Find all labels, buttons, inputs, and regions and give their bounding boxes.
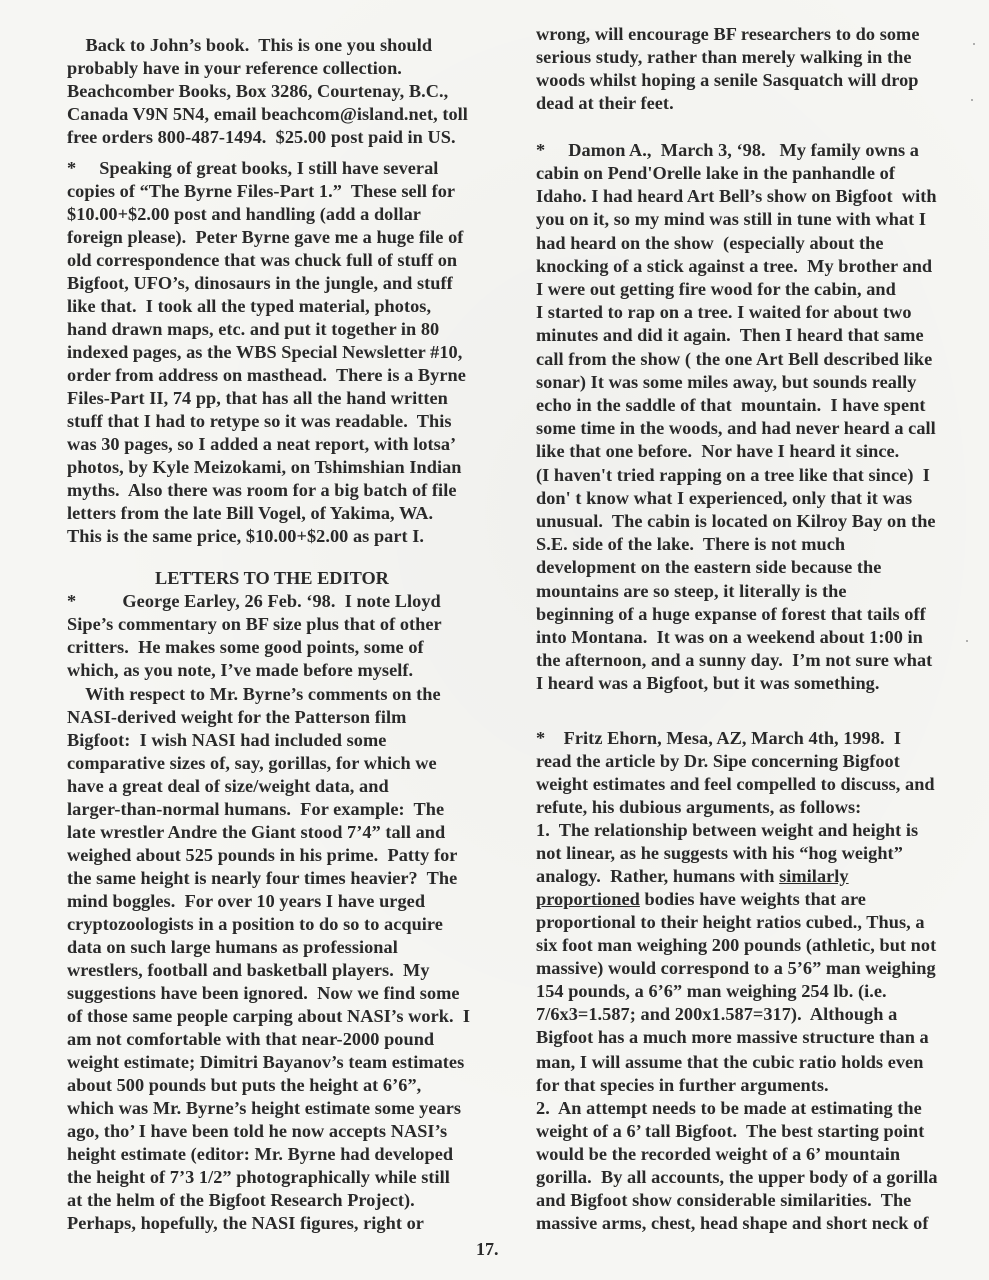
body-line: late wrestler Andre the Giant stood 7’4”… <box>67 821 445 843</box>
body-line: some time in the woods, and had never he… <box>536 417 936 439</box>
body-line: Files-Part II, 74 pp, that has all the h… <box>67 387 448 409</box>
body-line: myths. Also there was room for a big bat… <box>67 479 456 501</box>
body-line: 2. An attempt needs to be made at estima… <box>536 1097 922 1119</box>
body-line: was 30 pages, so I added a neat report, … <box>67 433 456 455</box>
body-line: suggestions have been ignored. Now we fi… <box>67 982 460 1004</box>
body-line: probably have in your reference collecti… <box>67 57 402 79</box>
body-line: and Bigfoot show considerable similariti… <box>536 1189 911 1211</box>
body-line: Sipe’s commentary on BF size plus that o… <box>67 613 442 635</box>
body-line: 7/6x3=1.587; and 200x1.587=317). Althoug… <box>536 1003 897 1025</box>
body-line: have a great deal of size/weight data, a… <box>67 775 389 797</box>
body-line: six foot man weighing 200 pounds (athlet… <box>536 934 936 956</box>
body-line: old correspondence that was chuck full o… <box>67 249 457 271</box>
body-line: larger-than-normal humans. For example: … <box>67 798 444 820</box>
body-line: not linear, as he suggests with his “hog… <box>536 842 903 864</box>
body-line: I were out getting fire wood for the cab… <box>536 278 896 300</box>
body-line: order from address on masthead. There is… <box>67 364 466 386</box>
body-line: foreign please). Peter Byrne gave me a h… <box>67 226 463 248</box>
body-line: knocking of a stick against a tree. My b… <box>536 255 932 277</box>
body-text: analogy. Rather, humans with <box>536 866 779 886</box>
body-line: height estimate (editor: Mr. Byrne had d… <box>67 1143 453 1165</box>
body-line: comparative sizes of, say, gorillas, for… <box>67 752 437 774</box>
body-text: bodies have weights that are <box>640 889 866 909</box>
body-line: refute, his dubious arguments, as follow… <box>536 796 861 818</box>
body-line: dead at their feet. <box>536 92 674 114</box>
body-line: man, I will assume that the cubic ratio … <box>536 1051 923 1073</box>
body-line: photos, by Kyle Meizokami, on Tshimshian… <box>67 456 462 478</box>
body-line: the same height is nearly four times hea… <box>67 867 457 889</box>
body-line: 154 pounds, a 6’6” man weighing 254 lb. … <box>536 980 887 1002</box>
body-line: * Damon A., March 3, ‘98. My family owns… <box>536 139 919 161</box>
body-line: * Speaking of great books, I still have … <box>67 157 438 179</box>
body-line: massive) would correspond to a 5’6” man … <box>536 957 936 979</box>
body-line: minutes and did it again. Then I heard t… <box>536 324 924 346</box>
body-line: mind boggles. For over 10 years I have u… <box>67 890 425 912</box>
body-line: S.E. side of the lake. There is not much <box>536 533 845 555</box>
body-line: development on the eastern side because … <box>536 556 881 578</box>
body-line: of those same people carping about NASI’… <box>67 1005 470 1027</box>
body-line: I started to rap on a tree. I waited for… <box>536 301 912 323</box>
body-line: weighed about 525 pounds in his prime. P… <box>67 844 457 866</box>
scan-speck <box>973 43 975 45</box>
body-line: NASI-derived weight for the Patterson fi… <box>67 706 406 728</box>
body-line: ago, tho’ I have been told he now accept… <box>67 1120 447 1142</box>
body-line: Beachcomber Books, Box 3286, Courtenay, … <box>67 80 448 102</box>
body-line: indexed pages, as the WBS Special Newsle… <box>67 341 462 363</box>
body-line: cabin on Pend'Orelle lake in the panhand… <box>536 162 895 184</box>
body-line: sonar) It was some miles away, but sound… <box>536 371 916 393</box>
body-line: 1. The relationship between weight and h… <box>536 819 918 841</box>
body-line: at the helm of the Bigfoot Research Proj… <box>67 1189 415 1211</box>
body-line: read the article by Dr. Sipe concerning … <box>536 750 900 772</box>
body-line: call from the show ( the one Art Bell de… <box>536 348 932 370</box>
body-line: $10.00+$2.00 post and handling (add a do… <box>67 203 421 225</box>
body-line: woods whilst hoping a senile Sasquatch w… <box>536 69 919 91</box>
body-line: * George Earley, 26 Feb. ‘98. I note Llo… <box>67 590 441 612</box>
body-line: about 500 pounds but puts the height at … <box>67 1074 421 1096</box>
underlined-text: similarly <box>779 866 849 886</box>
body-line: weight of a 6’ tall Bigfoot. The best st… <box>536 1120 924 1142</box>
body-line: unusual. The cabin is located on Kilroy … <box>536 510 936 532</box>
body-line: data on such large humans as professiona… <box>67 936 398 958</box>
body-line: mountains are so steep, it literally is … <box>536 580 847 602</box>
body-line: analogy. Rather, humans with similarly <box>536 865 849 887</box>
body-line: I heard was a Bigfoot, but it was someth… <box>536 672 879 694</box>
body-line: weight estimates and feel compelled to d… <box>536 773 935 795</box>
body-line: Bigfoot has a much more massive structur… <box>536 1026 929 1048</box>
body-line: gorilla. By all accounts, the upper body… <box>536 1166 938 1188</box>
body-line: would be the recorded weight of a 6’ mou… <box>536 1143 900 1165</box>
scan-speck <box>966 640 968 642</box>
body-line: Canada V9N 5N4, email beachcom@island.ne… <box>67 103 468 125</box>
body-line: * Fritz Ehorn, Mesa, AZ, March 4th, 1998… <box>536 727 901 749</box>
body-line: Perhaps, hopefully, the NASI figures, ri… <box>67 1212 424 1234</box>
body-line: which was Mr. Byrne’s height estimate so… <box>67 1097 461 1119</box>
body-line: This is the same price, $10.00+$2.00 as … <box>67 525 424 547</box>
body-line: proportional to their height ratios cube… <box>536 911 925 933</box>
body-line: copies of “The Byrne Files-Part 1.” Thes… <box>67 180 455 202</box>
body-line: weight estimate; Dimitri Bayanov’s team … <box>67 1051 464 1073</box>
body-line: which, as you note, I’ve made before mys… <box>67 659 413 681</box>
body-line: the afternoon, and a sunny day. I’m not … <box>536 649 932 671</box>
body-line: free orders 800-487-1494. $25.00 post pa… <box>67 126 456 148</box>
scan-speck <box>971 99 973 101</box>
body-line: beginning of a huge expanse of forest th… <box>536 603 926 625</box>
body-line: like that. I took all the typed material… <box>67 295 431 317</box>
body-line: for that species in further arguments. <box>536 1074 829 1096</box>
body-line: Idaho. I had heard Art Bell’s show on Bi… <box>536 185 937 207</box>
body-line: Bigfoot, UFO’s, dinosaurs in the jungle,… <box>67 272 453 294</box>
body-line: am not comfortable with that near-2000 p… <box>67 1028 434 1050</box>
body-line: had heard on the show (especially about … <box>536 232 884 254</box>
body-line: serious study, rather than merely walkin… <box>536 46 912 68</box>
body-line: into Montana. It was on a weekend about … <box>536 626 923 648</box>
body-line: the height of 7’3 1/2” photographically … <box>67 1166 450 1188</box>
page-number: 17. <box>476 1239 499 1260</box>
body-line: wrong, will encourage BF researchers to … <box>536 23 920 45</box>
body-line: wrestlers, football and basketball playe… <box>67 959 430 981</box>
body-line: critters. He makes some good points, som… <box>67 636 424 658</box>
body-line: proportioned bodies have weights that ar… <box>536 888 866 910</box>
body-line: don' t know what I experienced, only tha… <box>536 487 912 509</box>
body-line: cryptozoologists in a position to do so … <box>67 913 443 935</box>
body-line: stuff that I had to retype so it was rea… <box>67 410 452 432</box>
body-line: like that one before. Nor have I heard i… <box>536 440 899 462</box>
body-line: massive arms, chest, head shape and shor… <box>536 1212 928 1234</box>
underlined-text: proportioned <box>536 889 640 909</box>
body-line: With respect to Mr. Byrne’s comments on … <box>67 683 441 705</box>
body-line: you on it, so my mind was still in tune … <box>536 208 926 230</box>
body-line: (I haven't tried rapping on a tree like … <box>536 464 930 486</box>
body-line: letters from the late Bill Vogel, of Yak… <box>67 502 433 524</box>
body-line: echo in the saddle of that mountain. I h… <box>536 394 926 416</box>
body-line: Back to John’s book. This is one you sho… <box>67 34 432 56</box>
body-line: hand drawn maps, etc. and put it togethe… <box>67 318 439 340</box>
section-heading: LETTERS TO THE EDITOR <box>155 567 389 589</box>
body-line: Bigfoot: I wish NASI had included some <box>67 729 386 751</box>
